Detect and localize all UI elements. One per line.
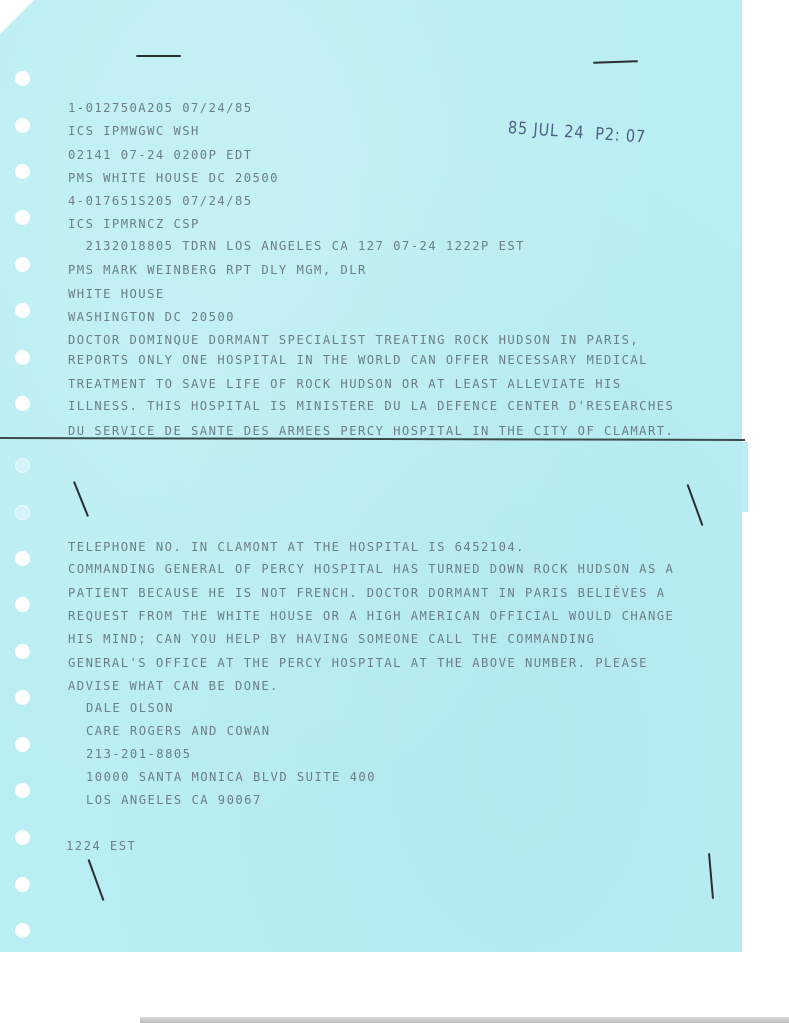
body-line: TELEPHONE NO. IN CLAMONT AT THE HOSPITAL…: [68, 540, 525, 554]
header-line: 02141 07-24 0200P EDT: [68, 148, 253, 162]
sprocket-hole: [15, 458, 30, 473]
staple: [708, 853, 714, 899]
body-line: REQUEST FROM THE WHITE HOUSE OR A HIGH A…: [68, 609, 674, 623]
header-line: 2132018805 TDRN LOS ANGELES CA 127 07-24…: [68, 239, 525, 253]
signature-line: CARE ROGERS AND COWAN: [86, 724, 271, 738]
header-line: WHITE HOUSE: [68, 287, 165, 301]
sprocket-hole: [15, 164, 30, 179]
sprocket-hole: [15, 71, 30, 86]
paper-edge-strip: [742, 442, 748, 512]
body-line: TREATMENT TO SAVE LIFE OF ROCK HUDSON OR…: [68, 377, 622, 391]
sprocket-hole: [15, 505, 30, 520]
body-line: ADVISE WHAT CAN BE DONE.: [68, 679, 279, 693]
sprocket-hole: [15, 597, 30, 612]
body-line: HIS MIND; CAN YOU HELP BY HAVING SOMEONE…: [68, 632, 595, 646]
sprocket-hole: [15, 257, 30, 272]
sprocket-hole: [15, 783, 30, 798]
sprocket-hole: [15, 690, 30, 705]
sprocket-hole: [15, 644, 30, 659]
header-line: WASHINGTON DC 20500: [68, 310, 235, 324]
header-line: ICS IPMRNCZ CSP: [68, 217, 200, 231]
body-line: PATIENT BECAUSE HE IS NOT FRENCH. DOCTOR…: [68, 586, 666, 600]
sprocket-hole: [15, 396, 30, 411]
folded-corner: [0, 0, 34, 34]
sprocket-hole: [15, 350, 30, 365]
body-line: DOCTOR DOMINQUE DORMANT SPECIALIST TREAT…: [68, 333, 639, 347]
body-line: COMMANDING GENERAL OF PERCY HOSPITAL HAS…: [68, 562, 674, 576]
body-line: REPORTS ONLY ONE HOSPITAL IN THE WORLD C…: [68, 353, 648, 367]
sprocket-hole: [15, 830, 30, 845]
header-line: 1-012750A205 07/24/85: [68, 101, 253, 115]
scanner-shadow: [140, 1017, 789, 1023]
staple: [73, 481, 89, 517]
telegram-paper: 85 JUL 24 P2: 07 1-012750A205 07/24/85 I…: [0, 0, 742, 952]
staple: [687, 484, 704, 526]
sprocket-hole: [15, 877, 30, 892]
staple: [88, 859, 105, 901]
body-line: DU SERVICE DE SANTE DES ARMEES PERCY HOS…: [68, 424, 674, 438]
body-line: ILLNESS. THIS HOSPITAL IS MINISTERE DU L…: [68, 399, 674, 413]
sprocket-hole: [15, 737, 30, 752]
sprocket-hole: [15, 210, 30, 225]
signature-line: 10000 SANTA MONICA BLVD SUITE 400: [86, 770, 376, 784]
signature-line: DALE OLSON: [86, 701, 174, 715]
header-line: 4-017651S205 07/24/85: [68, 194, 253, 208]
header-line: PMS WHITE HOUSE DC 20500: [68, 171, 279, 185]
staple: [136, 55, 181, 57]
footer-time: 1224 EST: [66, 839, 136, 853]
received-stamp: 85 JUL 24 P2: 07: [507, 118, 646, 148]
header-line: ICS IPMWGWC WSH: [68, 124, 200, 138]
signature-line: LOS ANGELES CA 90067: [86, 793, 262, 807]
sprocket-hole: [15, 303, 30, 318]
header-line: PMS MARK WEINBERG RPT DLY MGM, DLR: [68, 263, 367, 277]
sprocket-hole: [15, 118, 30, 133]
sprocket-hole: [15, 551, 30, 566]
staple: [593, 60, 638, 64]
signature-line: 213-201-8805: [86, 747, 191, 761]
sprocket-hole: [15, 923, 30, 938]
body-line: GENERAL'S OFFICE AT THE PERCY HOSPITAL A…: [68, 656, 648, 670]
